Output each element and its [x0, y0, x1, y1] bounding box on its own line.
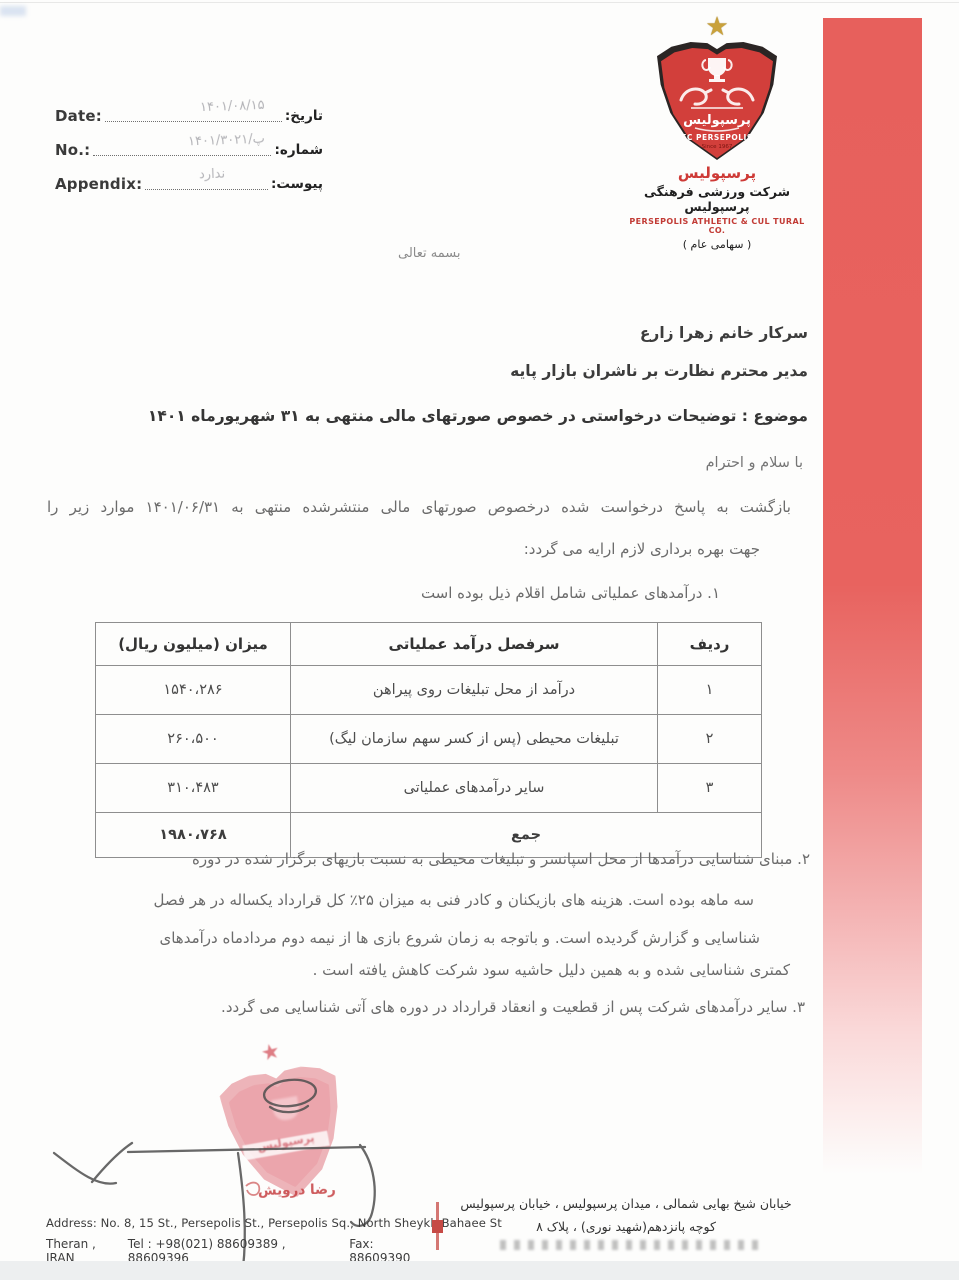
dotted-leader	[105, 120, 282, 122]
amount-value: ۳۱۰،۴۸۳	[167, 780, 218, 796]
date-handwritten-value: ۱۴۰۱/۰۸/۱۵	[200, 98, 265, 115]
company-name-fa: شرکت ورزشی فرهنگی پرسپولیس	[628, 184, 806, 214]
svg-text:پرسپولیس: پرسپولیس	[683, 113, 751, 128]
list-item-1: ۱. درآمدهای عملیاتی شامل اقلام ذیل بوده …	[421, 584, 720, 602]
signatory-name: رضا درویش	[258, 1181, 366, 1199]
row-number: ۳	[658, 764, 762, 813]
note2-line4: کمتری شناسایی شده و به همین دلیل حاشیه س…	[313, 961, 790, 979]
operating-income-table: ردیف سرفصل درآمد عملیاتی میزان (میلیون ر…	[95, 622, 762, 858]
number-handwritten-value: ۱۴۰۱/پ/۳۰۲۱	[188, 132, 265, 150]
appendix-field-row: Appendix: پیوست: ندارد	[55, 160, 323, 194]
amount-value: ۲۶۰،۵۰۰	[167, 731, 218, 747]
row-number: ۱	[658, 666, 762, 715]
note2-line3: شناسایی و گزارش گردیده است. و باتوجه به …	[159, 929, 760, 947]
note2-line1: ۲. مبنای شناسایی درآمدها از محل اسپانسر …	[192, 850, 810, 868]
appendix-handwritten-value: ندارد	[199, 167, 226, 183]
recipient-title: مدیر محترم نظارت بر ناشران بازار پایه	[510, 362, 808, 380]
club-logo: ★ پرسپولیس FC PERSEPOLIS Since 1967 پرسپ…	[628, 14, 806, 251]
col-header-row-number: ردیف	[658, 623, 762, 666]
total-amount: ۱۹۸۰،۷۶۸	[159, 827, 226, 843]
scan-bottom-band	[0, 1261, 959, 1280]
amount-value: ۱۵۴۰،۲۸۶	[163, 682, 222, 698]
footer-faint-cutoff-line	[500, 1240, 760, 1250]
club-crest-icon: پرسپولیس FC PERSEPOLIS Since 1967	[657, 42, 777, 160]
number-field-row: No.: شماره: ۱۴۰۱/پ/۳۰۲۱	[55, 126, 323, 160]
col-header-amount: میزان (میلیون ریال)	[96, 623, 291, 666]
income-item: تبلیغات محیطی (پس از کسر سهم سازمان لیگ)	[291, 715, 658, 764]
shareholding-type: ( سهامی عام )	[628, 238, 806, 251]
table-row: ۳ سایر درآمدهای عملیاتی ۳۱۰،۴۸۳	[96, 764, 762, 813]
appendix-label-fa: پیوست:	[271, 176, 323, 194]
svg-text:Since 1967: Since 1967	[702, 144, 733, 150]
intro-paragraph-line1: بازگشت به پاسخ درخواست شده درخصوص صورتها…	[47, 498, 791, 516]
note3-line: ۳. سایر درآمدهای شرکت پس از قطعیت و انعق…	[221, 998, 805, 1016]
intro-paragraph-line2: جهت بهره برداری لازم ارایه می گردد:	[524, 540, 760, 558]
date-field-row: Date: تاریخ: ۱۴۰۱/۰۸/۱۵	[55, 92, 323, 126]
dotted-leader	[93, 154, 271, 156]
scan-corner-artifact	[0, 6, 26, 16]
footer-divider-mark	[436, 1202, 439, 1250]
table-header-row: ردیف سرفصل درآمد عملیاتی میزان (میلیون ر…	[96, 623, 762, 666]
row-number: ۲	[658, 715, 762, 764]
footer-address-en: Address: No. 8, 15 St., Persepolis St., …	[46, 1216, 438, 1265]
scanned-letter-page: Date: تاریخ: ۱۴۰۱/۰۸/۱۵ No.: شماره: ۱۴۰۱…	[0, 0, 959, 1280]
scan-top-edge-line	[0, 2, 959, 3]
income-item: درآمد از محل تبلیغات روی پیراهن	[291, 666, 658, 715]
bismillah-text: بسمه تعالی	[398, 246, 460, 261]
number-label-en: No.:	[55, 141, 90, 160]
letterhead-red-stripe	[823, 18, 922, 1198]
date-label-fa: تاریخ:	[285, 108, 323, 126]
date-label-en: Date:	[55, 107, 102, 126]
footer-address-fa: خیابان شیخ بهایی شمالی ، میدان پرسپولیس …	[448, 1192, 804, 1238]
number-label-fa: شماره:	[274, 142, 323, 160]
crest-artwork: پرسپولیس FC PERSEPOLIS Since 1967	[661, 48, 773, 158]
footer-fa-line2: کوچه پانزدهم(شهید نوری) ، پلاک ۸	[448, 1215, 804, 1238]
svg-text:FC PERSEPOLIS: FC PERSEPOLIS	[681, 133, 753, 142]
dotted-leader	[145, 188, 268, 190]
income-item: سایر درآمدهای عملیاتی	[291, 764, 658, 813]
salutation-text: با سلام و احترام	[706, 455, 803, 471]
stationery-fields: Date: تاریخ: ۱۴۰۱/۰۸/۱۵ No.: شماره: ۱۴۰۱…	[55, 92, 323, 194]
subject-line: موضوع : توضیحات درخواستی در خصوص صورتهای…	[148, 407, 808, 425]
table-row: ۱ درآمد از محل تبلیغات روی پیراهن ۱۵۴۰،۲…	[96, 666, 762, 715]
footer-en-line1: Address: No. 8, 15 St., Persepolis St., …	[46, 1216, 438, 1230]
gold-star-icon: ★	[628, 14, 806, 40]
note2-line2: سه ماهه بوده است. هزینه های بازیکنان و ک…	[154, 891, 754, 909]
club-name-fa: پرسپولیس	[628, 164, 806, 182]
table-row: ۲ تبلیغات محیطی (پس از کسر سهم سازمان لی…	[96, 715, 762, 764]
company-name-en: PERSEPOLIS ATHLETIC & CUL TURAL CO.	[628, 217, 806, 235]
footer-fa-line1: خیابان شیخ بهایی شمالی ، میدان پرسپولیس …	[448, 1192, 804, 1215]
appendix-label-en: Appendix:	[55, 175, 142, 194]
col-header-income-item: سرفصل درآمد عملیاتی	[291, 623, 658, 666]
recipient-name: سرکار خانم زهرا زارع	[640, 324, 808, 342]
